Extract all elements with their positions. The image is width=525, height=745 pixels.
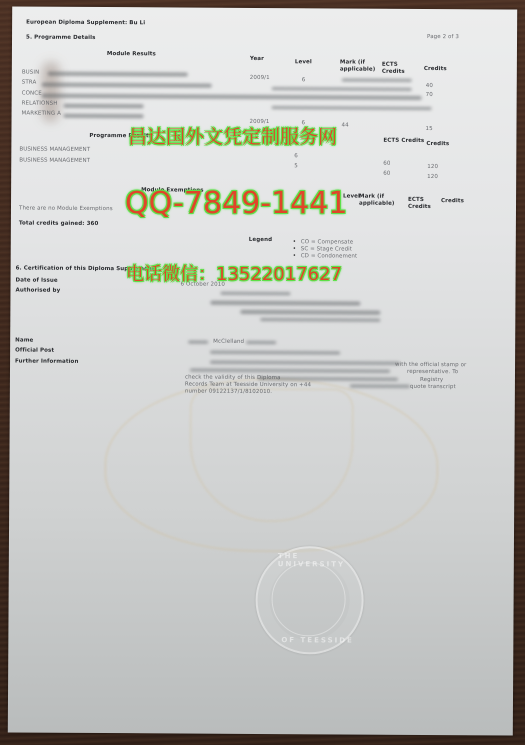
seal-top-text: THE UNIVERSITY bbox=[278, 552, 362, 569]
watermark-qq-number: QQ-7849-1441 bbox=[125, 186, 347, 221]
module-row-2: STRA bbox=[22, 80, 37, 86]
redacted-text bbox=[64, 114, 144, 118]
module-row-1: BUSIN bbox=[22, 70, 40, 76]
field-date-of-issue-label: Date of Issue bbox=[16, 277, 58, 283]
redacted-text bbox=[42, 83, 212, 88]
watermark-phone-wechat: 电话微信：13522017627 bbox=[126, 260, 342, 286]
module-row-2-value: 70 bbox=[426, 92, 433, 98]
field-official-post-label: Official Post bbox=[15, 347, 54, 353]
module-results-title: Module Results bbox=[107, 51, 156, 57]
programme-row-1-credits: 120 bbox=[427, 164, 438, 170]
field-name-value: McClelland bbox=[213, 339, 244, 345]
redacted-text bbox=[210, 301, 360, 306]
exempt-col-ects: ECTS Credits bbox=[408, 197, 434, 211]
programme-row-2-level: 5 bbox=[294, 163, 298, 169]
section-5-heading: 5. Programme Details bbox=[26, 35, 96, 41]
module-row-5: MARKETING A bbox=[22, 111, 61, 117]
redacted-text bbox=[190, 369, 390, 373]
programme-row-1: BUSINESS MANAGEMENT bbox=[19, 147, 90, 153]
col-ects: ECTS Credits bbox=[382, 62, 408, 76]
redacted-text bbox=[64, 104, 144, 108]
prog-col-credits: Credits bbox=[426, 141, 449, 147]
module-row-5-mark: 44 bbox=[341, 122, 348, 128]
further-info-line: representative. To bbox=[407, 369, 458, 375]
field-name-label: Name bbox=[15, 337, 33, 343]
redacted-text bbox=[342, 78, 412, 81]
redacted-text bbox=[42, 94, 422, 100]
field-authorised-by-label: Authorised by bbox=[15, 287, 60, 293]
diploma-supplement-page: European Diploma Supplement: Bu Li Page … bbox=[8, 6, 517, 735]
col-credits: Credits bbox=[424, 66, 447, 72]
redacted-text bbox=[246, 341, 276, 344]
redacted-text bbox=[220, 292, 290, 295]
seal-crest-icon bbox=[271, 562, 345, 636]
programme-row-2-credits: 120 bbox=[427, 174, 438, 180]
module-exemptions-note: There are no Module Exemptions bbox=[19, 206, 113, 213]
programme-row-1-level: 6 bbox=[294, 153, 298, 159]
further-info-line: Registry bbox=[420, 377, 443, 383]
legend-label: Legend bbox=[249, 237, 272, 243]
redacted-text bbox=[350, 385, 410, 388]
module-row-5-value: 15 bbox=[425, 126, 432, 132]
module-row-4: RELATIONSH bbox=[22, 101, 58, 107]
redacted-text bbox=[210, 351, 340, 355]
col-level: Level bbox=[295, 59, 312, 65]
further-info-line: number 09122137/1/8102010. bbox=[185, 389, 272, 396]
col-mark: Mark (if applicable) bbox=[340, 59, 380, 73]
legend-item: CD = Condonement bbox=[301, 253, 358, 259]
redacted-text bbox=[260, 318, 380, 322]
legend-item: SC = Stage Credit bbox=[301, 246, 352, 252]
field-further-info-label: Further Information bbox=[15, 358, 78, 364]
col-year: Year bbox=[250, 56, 264, 62]
further-info-line: Records Team at Teesside University on +… bbox=[185, 382, 311, 389]
programme-row-2: BUSINESS MANAGEMENT bbox=[19, 158, 90, 164]
exempt-col-mark: Mark (if applicable) bbox=[359, 194, 399, 208]
redacted-text bbox=[240, 310, 380, 315]
prog-col-ects: ECTS Credits bbox=[383, 138, 424, 144]
redacted-text bbox=[272, 106, 432, 110]
document-title: European Diploma Supplement: Bu Li bbox=[26, 20, 145, 27]
redacted-text bbox=[272, 87, 412, 91]
seal-bottom-text: OF TEESSIDE bbox=[281, 636, 354, 644]
redacted-text bbox=[188, 341, 208, 344]
further-info-line: with the official stamp or bbox=[395, 362, 466, 368]
total-credits: Total credits gained: 360 bbox=[19, 221, 99, 227]
page-indicator: Page 2 of 3 bbox=[427, 34, 459, 40]
programme-row-1-ects: 60 bbox=[383, 161, 390, 167]
module-row-1-year: 2009/1 bbox=[250, 75, 270, 81]
module-row-1-credits: 40 bbox=[426, 83, 433, 89]
programme-row-2-ects: 60 bbox=[383, 171, 390, 177]
watermark-service-name: 昌达国外文凭定制服务网 bbox=[128, 122, 337, 149]
exempt-col-credits: Credits bbox=[441, 198, 464, 204]
module-row-1-level: 6 bbox=[302, 77, 306, 83]
module-row-3: CONCE bbox=[22, 91, 42, 97]
redacted-text bbox=[48, 72, 188, 77]
further-info-line: quote transcript bbox=[410, 384, 456, 390]
legend-item: CO = Compensate bbox=[301, 239, 354, 245]
embossed-university-seal: THE UNIVERSITY OF TEESSIDE bbox=[255, 546, 364, 655]
redacted-text bbox=[210, 361, 400, 365]
